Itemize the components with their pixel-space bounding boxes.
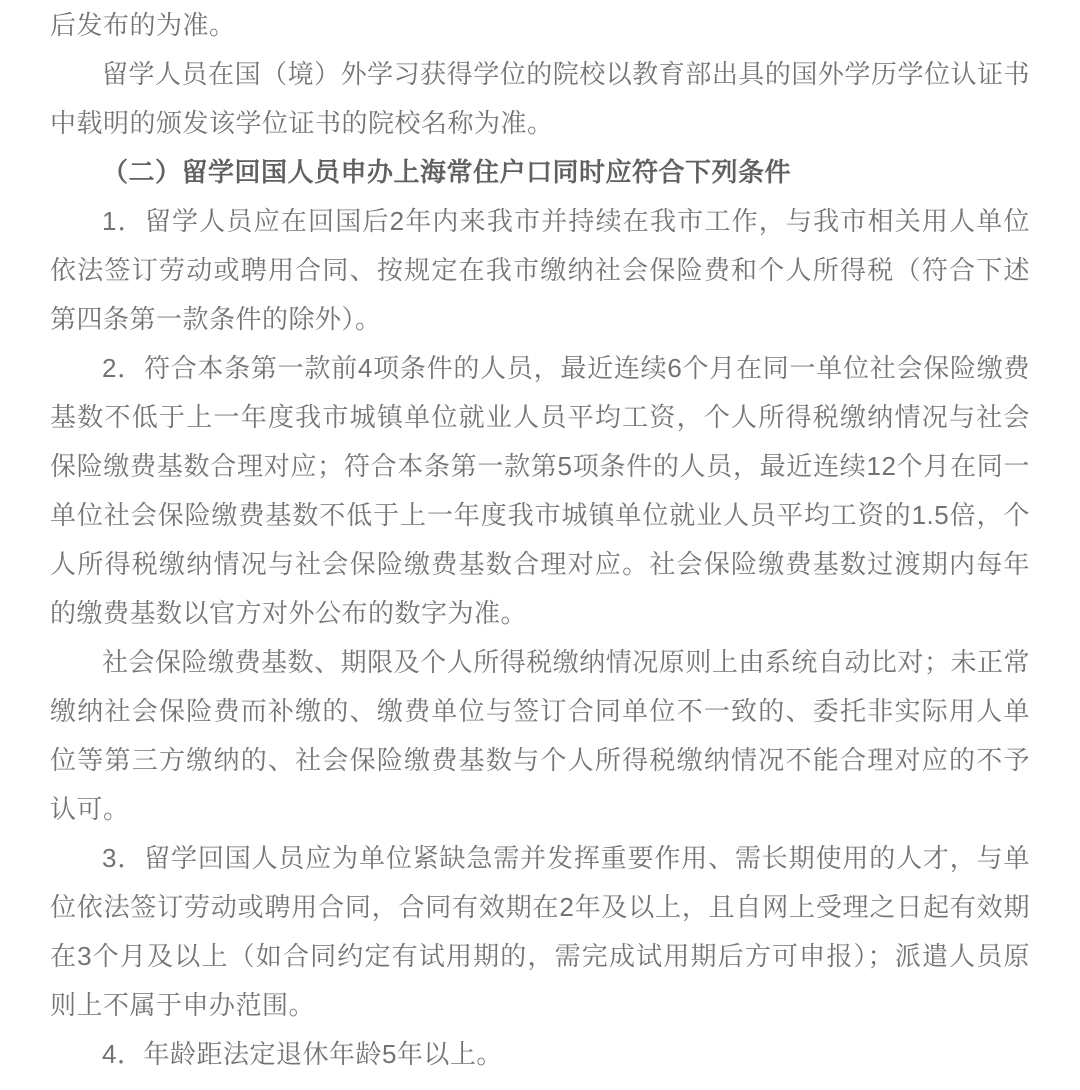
section-heading: （二）留学回国人员申办上海常住户口同时应符合下列条件 [50, 148, 1030, 197]
paragraph-condition-4: 4．年龄距法定退休年龄5年以上。 [50, 1030, 1030, 1079]
paragraph-degree-certification: 留学人员在国（境）外学习获得学位的院校以教育部出具的国外学历学位认证书中载明的颁… [50, 50, 1030, 148]
paragraph-social-insurance-note: 社会保险缴费基数、期限及个人所得税缴纳情况原则上由系统自动比对；未正常缴纳社会保… [50, 638, 1030, 834]
document-page: 后发布的为准。 留学人员在国（境）外学习获得学位的院校以教育部出具的国外学历学位… [0, 0, 1080, 1090]
paragraph-continuation: 后发布的为准。 [50, 1, 1030, 50]
paragraph-condition-1: 1．留学人员应在回国后2年内来我市并持续在我市工作，与我市相关用人单位依法签订劳… [50, 197, 1030, 344]
paragraph-condition-2: 2．符合本条第一款前4项条件的人员，最近连续6个月在同一单位社会保险缴费基数不低… [50, 344, 1030, 638]
paragraph-condition-3: 3．留学回国人员应为单位紧缺急需并发挥重要作用、需长期使用的人才，与单位依法签订… [50, 834, 1030, 1030]
